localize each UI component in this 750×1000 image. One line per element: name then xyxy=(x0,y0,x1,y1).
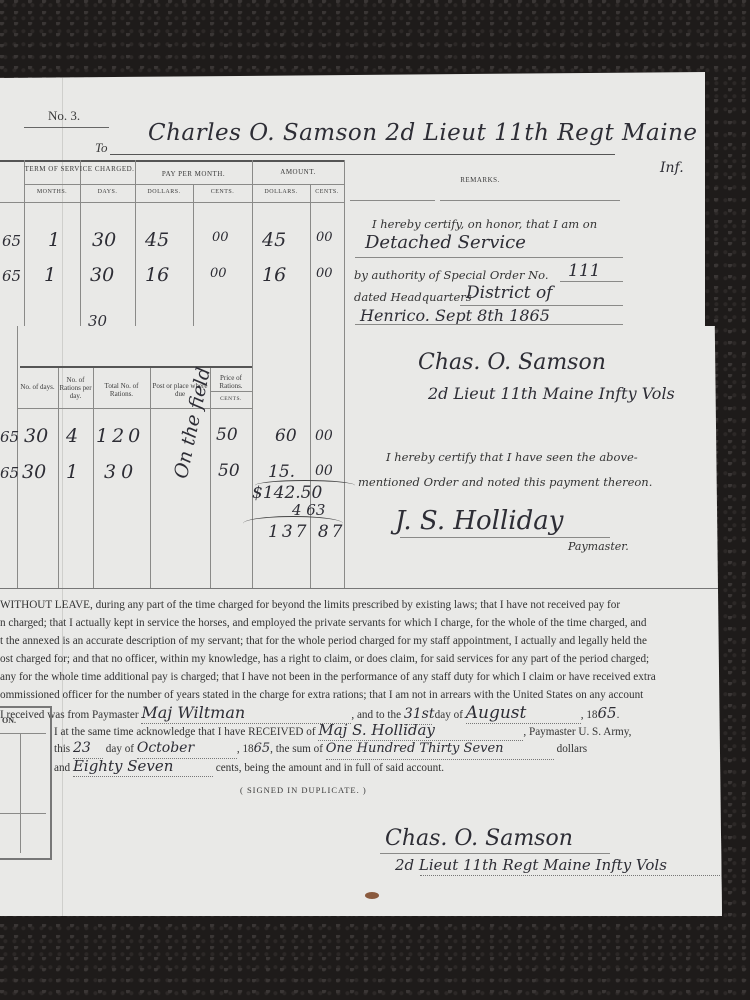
rations-row2-days: 30 xyxy=(22,461,46,483)
final-signature-line xyxy=(380,853,610,854)
to-label: To xyxy=(95,140,108,156)
row-rule xyxy=(0,202,345,203)
col-rule xyxy=(17,326,18,588)
subheader-amount-cents: CENTS. xyxy=(310,189,344,195)
rations-row2-amount-cents: 00 xyxy=(315,463,333,479)
ink-stain xyxy=(365,892,379,899)
last-paid-day-of: day of xyxy=(435,709,463,721)
left-description-box: ON. xyxy=(0,706,52,860)
header-term-of-service: TERM OF SERVICE CHARGED. xyxy=(24,165,135,173)
rations-row1-price: 50 xyxy=(216,425,238,445)
receipt-day-of: day of xyxy=(106,743,134,755)
officer-title: 2d Lieut 11th Maine Infty Vols xyxy=(428,384,675,403)
officer-signature: Chas. O. Samson xyxy=(418,350,606,375)
row1-amount-cents: 00 xyxy=(316,230,333,245)
certification-line: ommissioned officer for the number of ye… xyxy=(0,686,643,705)
paymaster-cert-line1: I hereby certify that I have seen the ab… xyxy=(386,450,638,464)
rations-header-price: Price of Rations. xyxy=(210,374,252,390)
row2-amount-dollars: 16 xyxy=(262,264,286,286)
subheader-pay-cents: CENTS. xyxy=(193,189,252,195)
row-rule xyxy=(440,200,620,201)
header-pay-per-month: PAY PER MONTH. xyxy=(135,170,252,178)
receipt-year-prefix: , 18 xyxy=(237,743,254,755)
row-rule xyxy=(17,408,252,409)
row2-amount-cents: 00 xyxy=(316,266,333,281)
row1-pay-dollars: 45 xyxy=(145,229,169,251)
remarks-hq: District of xyxy=(466,283,552,303)
order-underline xyxy=(560,281,623,282)
row1-months: 1 xyxy=(48,229,60,251)
rations-top-rule xyxy=(20,366,252,368)
final-signature-title: 2d Lieut 11th Regt Maine Infty Vols xyxy=(395,856,667,874)
rations-row1-date: 65 xyxy=(0,428,19,446)
rations-header-days: No. of days. xyxy=(17,383,58,391)
remarks-authority-label: by authority of Special Order No. xyxy=(354,268,549,282)
final-signature-name: Chas. O. Samson xyxy=(385,826,573,851)
receipt-paymaster-label: , Paymaster U. S. Army, xyxy=(523,726,631,738)
paymaster-cert-line2: mentioned Order and noted this payment t… xyxy=(358,475,652,489)
payee-suffix: Inf. xyxy=(660,160,684,176)
rations-row2-total: 30 xyxy=(104,461,138,483)
payee-name: Charles O. Samson 2d Lieut 11th Regt Mai… xyxy=(148,120,750,146)
receipt-cents-label: cents, being the amount and in full of s… xyxy=(216,762,444,774)
last-paid-and-label: , and to the xyxy=(351,709,401,721)
col-rule xyxy=(80,160,81,330)
col-rule xyxy=(252,160,253,330)
rations-row1-total: 120 xyxy=(96,425,144,447)
left-box-heading: ON. xyxy=(2,716,16,725)
col-rule xyxy=(150,366,151,588)
row1-days: 30 xyxy=(92,229,116,251)
col-rule xyxy=(193,184,194,330)
row-rule xyxy=(350,200,435,201)
paymaster-signature: J. S. Holliday xyxy=(395,506,563,536)
voucher-number: No. 3. xyxy=(48,108,80,124)
subheader-months: MONTHS. xyxy=(24,189,80,195)
row2-date: 65 xyxy=(2,267,21,285)
rations-row2-date: 65 xyxy=(0,464,19,482)
row-rule xyxy=(210,391,252,392)
col-rule xyxy=(344,326,345,588)
rations-row2-amount-dollars: 15. xyxy=(268,462,295,482)
header-remarks: REMARKS. xyxy=(440,176,520,184)
col-rule xyxy=(93,366,94,588)
header-amount: AMOUNT. xyxy=(252,168,344,176)
receipt-sum-cents: Eighty Seven xyxy=(73,757,213,777)
col-rule xyxy=(344,160,345,330)
receipt-prefix: I at the same time acknowledge that I ha… xyxy=(54,726,316,738)
row1-amount-dollars: 45 xyxy=(262,229,286,251)
hq2-underline xyxy=(355,324,623,325)
paymaster-title: Paymaster. xyxy=(568,540,629,553)
row2-pay-cents: 00 xyxy=(210,266,227,281)
receipt-dollars-label: dollars xyxy=(557,743,587,755)
certification-line: any for the whole time additional pay is… xyxy=(0,668,656,687)
row-rule xyxy=(0,813,46,814)
remarks-hq-line2: Henrico. Sept 8th 1865 xyxy=(360,306,550,325)
receipt-received-from: Maj S. Holliday xyxy=(318,721,523,741)
receipt-month: October xyxy=(137,739,237,759)
voucher-sheet-top: No. 3. To Charles O. Samson 2d Lieut 11t… xyxy=(0,72,705,330)
col-rule xyxy=(24,160,25,330)
certification-line: WITHOUT LEAVE, during any part of the ti… xyxy=(0,596,620,615)
remarks-dated-label: dated Headquarters xyxy=(354,290,472,304)
receipt-line3: and Eighty Seven cents, being the amount… xyxy=(54,757,444,778)
final-title-line xyxy=(420,874,720,876)
rations-row1-amount-cents: 00 xyxy=(315,428,333,444)
row2-pay-dollars: 16 xyxy=(145,264,169,286)
certification-line: n charged; that I actually kept in servi… xyxy=(0,614,646,633)
row1-pay-cents: 00 xyxy=(212,230,229,245)
paymaster-sig-line xyxy=(400,537,610,538)
rations-row2-per-day: 1 xyxy=(66,461,78,483)
col-rule xyxy=(310,326,311,588)
remarks-service-type: Detached Service xyxy=(365,232,526,253)
last-paid-year-prefix: , 18 xyxy=(581,709,598,721)
remarks-cert-line1: I hereby certify, on honor, that I am on xyxy=(372,217,597,231)
subheader-pay-dollars: DOLLARS. xyxy=(135,189,193,195)
col-rule xyxy=(252,326,253,588)
rations-header-total: Total No. of Rations. xyxy=(93,382,150,398)
receipt-sum-label: , the sum of xyxy=(270,743,323,755)
col-rule xyxy=(135,160,136,330)
row2-days: 30 xyxy=(90,264,114,286)
rations-row1-per-day: 4 xyxy=(66,425,78,447)
voucher-sheet-main: No. of days. No. of Rations per day. Tot… xyxy=(0,326,722,916)
rations-subtotal: $142.50 xyxy=(252,483,322,503)
col-rule xyxy=(20,733,21,853)
row2-months: 1 xyxy=(44,264,56,286)
certification-line: ost charged for; and that no officer, wi… xyxy=(0,650,649,669)
rations-subheader-cents: CENTS. xyxy=(210,396,252,402)
row1-date: 65 xyxy=(2,232,21,250)
remarks-order-number: 111 xyxy=(568,261,600,281)
col-rule xyxy=(310,184,311,330)
subheader-amount-dollars: DOLLARS. xyxy=(252,189,310,195)
signed-in-duplicate-note: ( SIGNED IN DUPLICATE. ) xyxy=(240,785,367,795)
table-bottom-rule xyxy=(0,588,722,589)
rations-header-per-day: No. of Rations per day. xyxy=(58,376,93,400)
last-paid-year: 65 xyxy=(598,704,617,722)
rations-row1-days: 30 xyxy=(24,425,48,447)
row-rule xyxy=(24,184,344,185)
receipt-year: 65 xyxy=(254,741,271,756)
rations-net-total: 137 87 xyxy=(268,522,345,542)
receipt-and-label: and xyxy=(54,762,70,774)
certification-line: t the annexed is an accurate description… xyxy=(0,632,647,651)
subheader-days: DAYS. xyxy=(80,189,135,195)
receipt-day: 23 xyxy=(73,739,103,759)
row-rule xyxy=(0,733,46,734)
number-underline xyxy=(24,127,109,128)
rations-row2-price: 50 xyxy=(218,461,240,481)
payee-underline xyxy=(110,154,615,155)
service-underline xyxy=(355,257,623,258)
table-top-rule xyxy=(0,160,345,162)
receipt-this-label: this xyxy=(54,743,70,755)
rations-row1-amount-dollars: 60 xyxy=(275,426,297,446)
